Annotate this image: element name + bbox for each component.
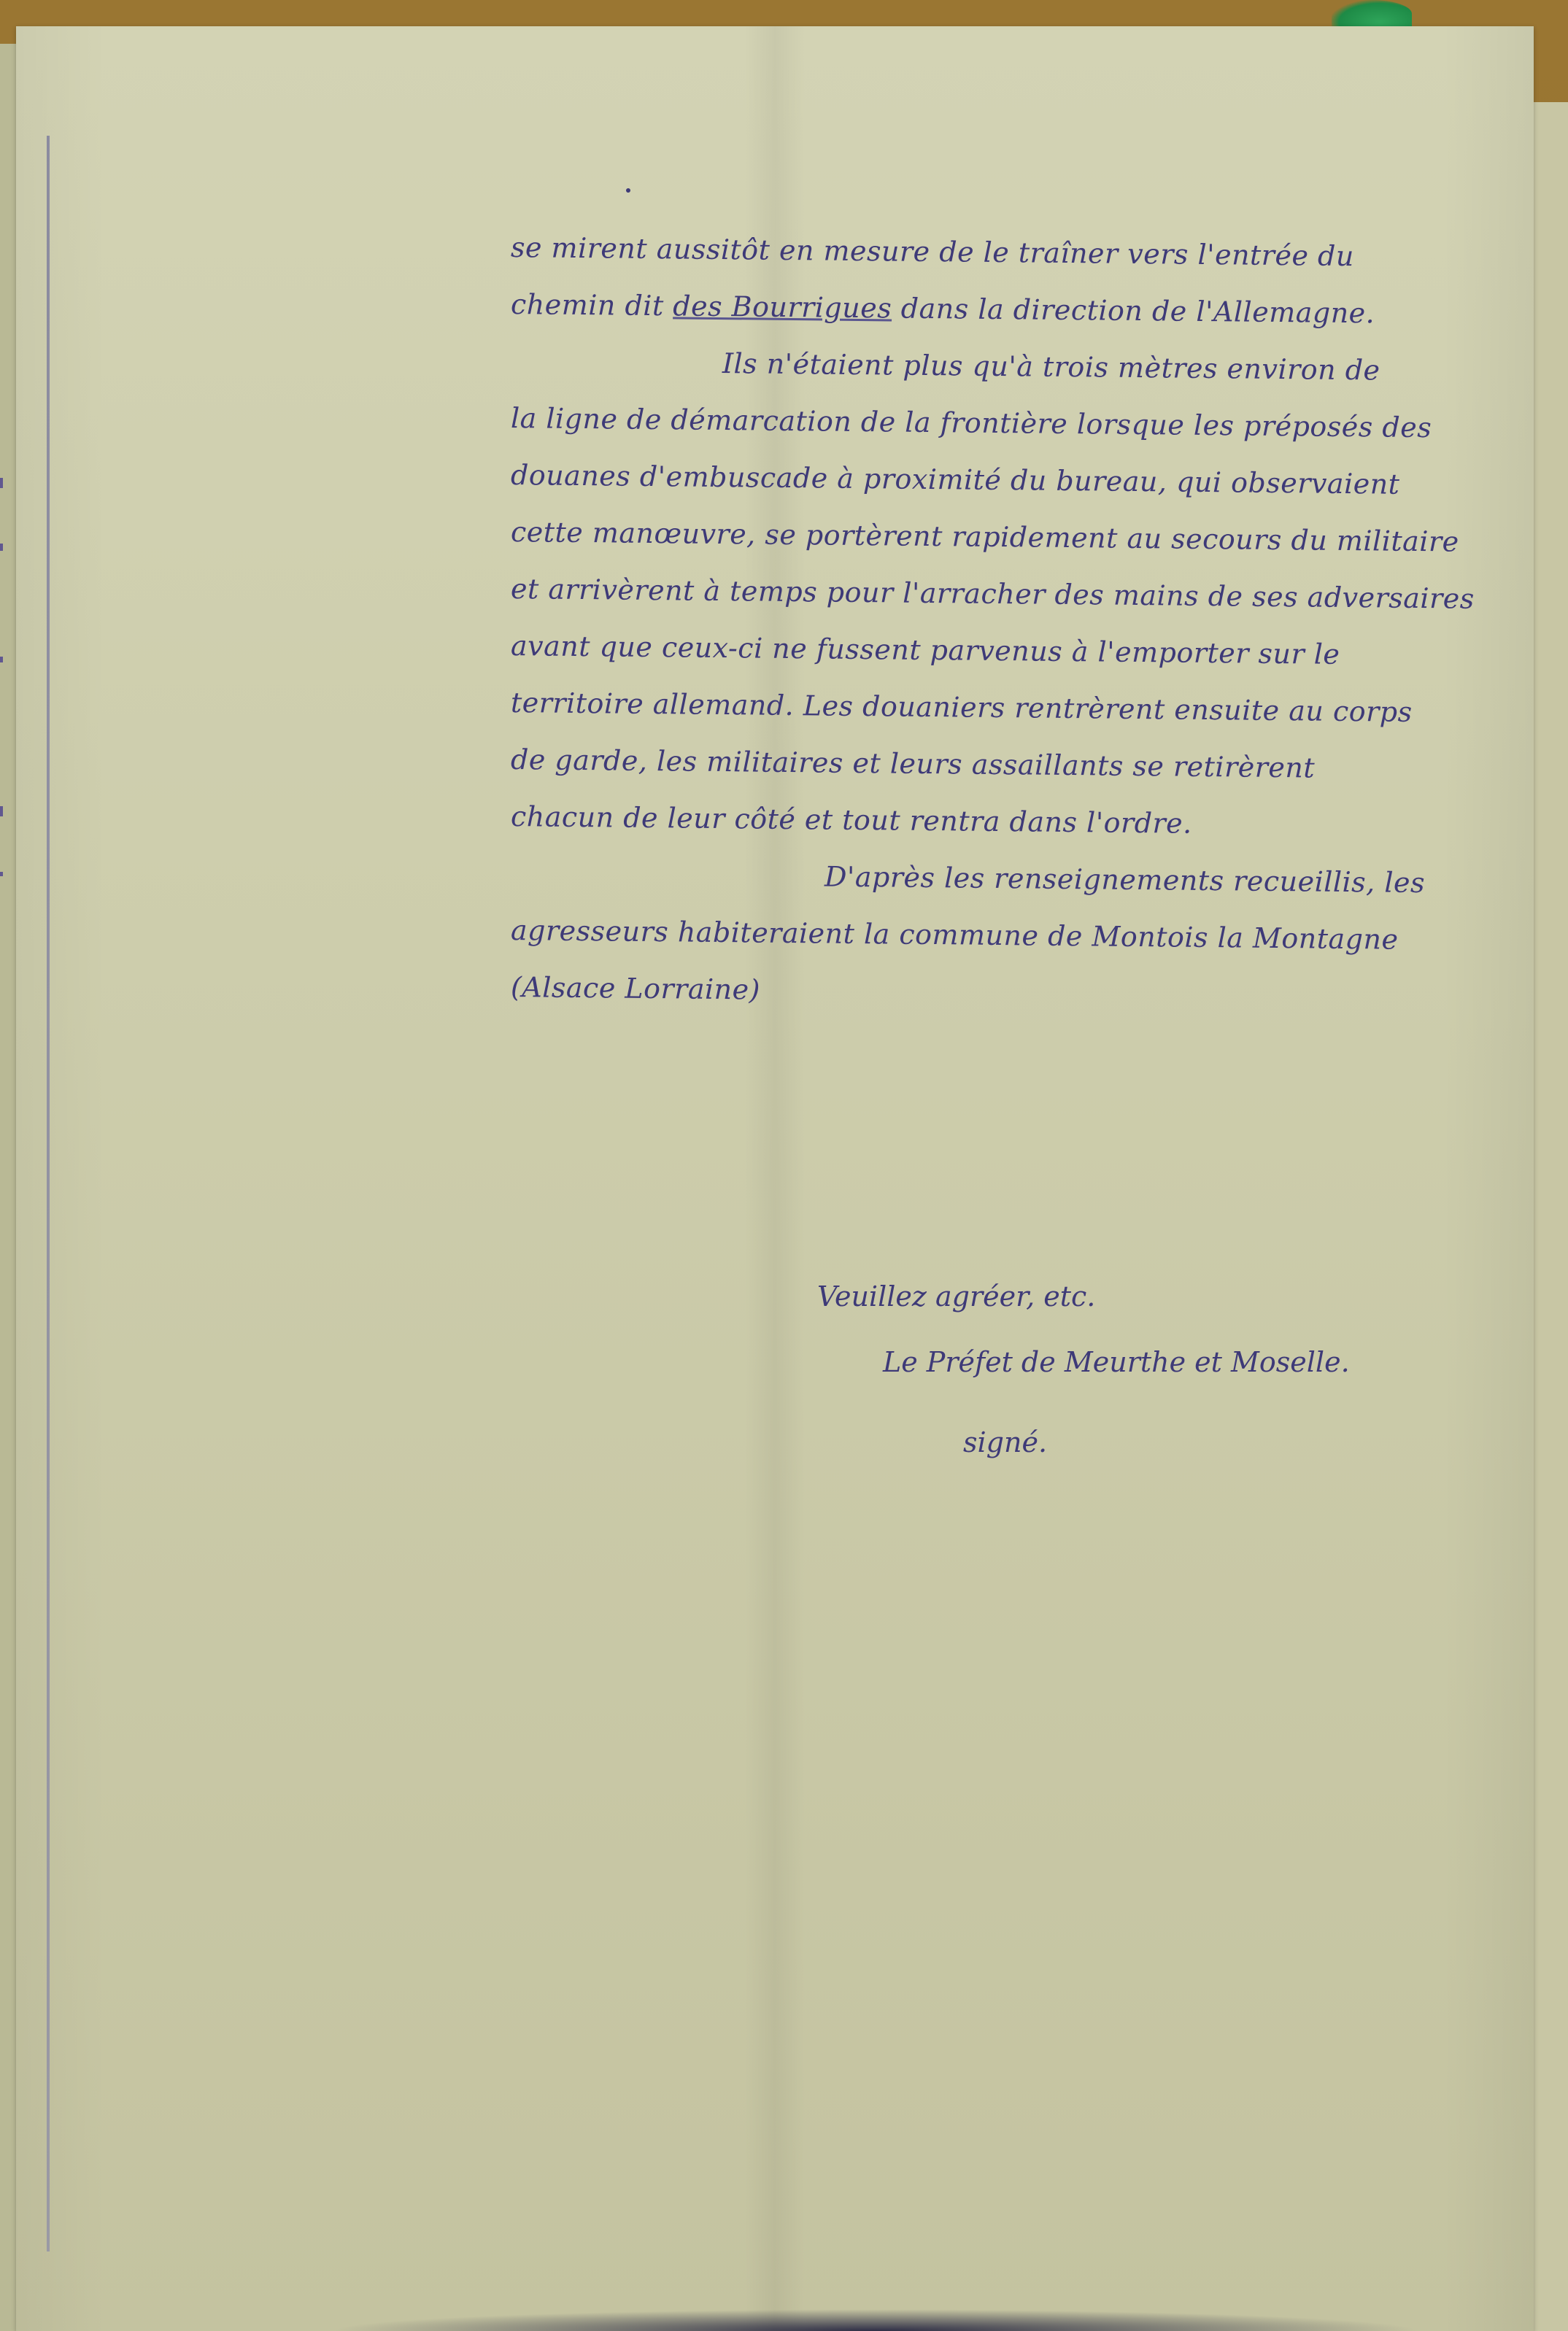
body-line: territoire allemand. Les douaniers rentr… <box>511 674 1518 741</box>
body-line: douanes d'embuscade à proximité du burea… <box>511 447 1518 514</box>
body-line: se mirent aussitôt en mesure de le traîn… <box>511 219 1518 286</box>
ink-mark <box>0 544 3 551</box>
signed-note: signé. <box>963 1426 1047 1458</box>
body-line: et arrivèrent à temps pour l'arracher de… <box>511 560 1518 627</box>
bottom-shadow <box>328 2309 1423 2331</box>
body-line: chemin dit des Bourrigues dans la direct… <box>511 276 1518 343</box>
body-line-pre: chemin dit <box>511 288 673 322</box>
body-line: chacun de leur côté et tout rentra dans … <box>511 788 1518 855</box>
green-ribbon <box>1332 0 1412 28</box>
body-line: de garde, les militaires et leurs assail… <box>511 731 1518 798</box>
body-line: agresseurs habiteraient la commune de Mo… <box>511 902 1518 969</box>
ink-mark <box>0 657 3 662</box>
closing-salutation: Veuillez agréer, etc. <box>817 1280 1095 1313</box>
body-line: avant que ceux-ci ne fussent parvenus à … <box>511 617 1518 684</box>
signatory-title: Le Préfet de Meurthe et Moselle. <box>883 1346 1350 1378</box>
margin-rule <box>47 136 50 2251</box>
body-line: la ligne de démarcation de la frontière … <box>511 390 1518 457</box>
ink-mark <box>0 872 3 876</box>
ink-dot <box>626 188 630 193</box>
letter-body: se mirent aussitôt en mesure de le traîn… <box>511 219 1518 1016</box>
ink-mark <box>0 806 3 816</box>
body-line-paragraph-start: D'après les renseignements recueillis, l… <box>511 845 1518 912</box>
body-line: (Alsace Lorraine) <box>511 959 1518 1026</box>
ink-mark <box>0 478 3 488</box>
underlying-page-edge-right <box>1529 102 1568 2331</box>
body-line-post: dans la direction de l'Allemagne. <box>892 292 1375 329</box>
underlined-place-name: des Bourrigues <box>673 290 892 324</box>
body-line-paragraph-start: Ils n'étaient plus qu'à trois mètres env… <box>511 333 1518 400</box>
body-line: cette manœuvre, se portèrent rapidement … <box>511 503 1518 571</box>
